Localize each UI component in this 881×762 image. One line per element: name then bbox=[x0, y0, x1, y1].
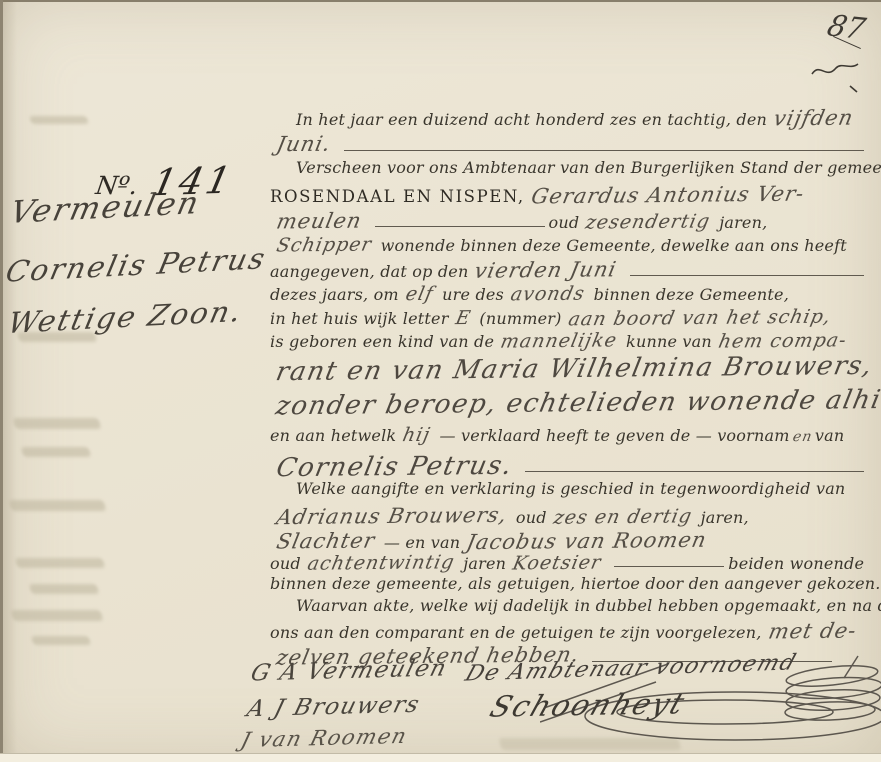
act-line: oudachtentwintigjarenKoetsierbeiden wone… bbox=[270, 552, 868, 574]
signature-witness1: A J Brouwers bbox=[244, 692, 423, 722]
act-line: ons aan den comparant en de getuigen te … bbox=[270, 619, 868, 644]
printed-text: ons aan den comparant en de getuigen te … bbox=[270, 623, 762, 642]
margin-status: Wettige Zoon. bbox=[5, 294, 246, 340]
blank-line-rule bbox=[344, 150, 864, 151]
printed-text: van bbox=[815, 426, 844, 445]
handwritten-entry: elf bbox=[404, 283, 436, 305]
printed-text: dezes jaars, om bbox=[270, 285, 399, 304]
act-line: dezes jaars, omelfure desavondsbinnen de… bbox=[270, 283, 868, 307]
handwritten-entry: avonds bbox=[509, 283, 587, 306]
act-line: meulenoudzesendertigjaren, bbox=[270, 209, 868, 234]
printed-text: binnen deze gemeente, als getuigen, hier… bbox=[270, 574, 881, 593]
printed-text: in het huis wijk letter bbox=[270, 309, 449, 328]
act-line: Cornelis Petrus. bbox=[270, 452, 868, 479]
act-line: binnen deze gemeente, als getuigen, hier… bbox=[270, 574, 868, 596]
handwritten-entry: E bbox=[453, 307, 472, 329]
printed-text: jaren bbox=[463, 554, 506, 573]
act-line: Juni. bbox=[270, 132, 868, 158]
printed-text: is geboren een kind van de bbox=[270, 332, 494, 351]
printed-text: en aan hetwelk bbox=[270, 426, 396, 445]
printed-text: In het jaar een duizend acht honderd zes… bbox=[296, 110, 767, 129]
handwritten-entry: Adrianus Brouwers, bbox=[274, 503, 509, 529]
handwritten-entry: Juni. bbox=[275, 132, 334, 157]
handwritten-entry: met de- bbox=[766, 619, 858, 644]
printed-text: aangegeven, dat op den bbox=[270, 262, 468, 281]
printed-text: kunne van bbox=[626, 332, 712, 351]
act-line: en aan hetwelkhij— verklaard heeft te ge… bbox=[270, 424, 868, 452]
act-line: Schipperwonende binnen deze Gemeente, de… bbox=[270, 234, 868, 258]
handwritten-entry: Koetsier bbox=[511, 552, 604, 575]
blank-line-rule bbox=[375, 226, 545, 227]
printed-text: — verklaard heeft te geven de — voornam bbox=[440, 426, 790, 445]
margin-surname: Vermeulen bbox=[7, 185, 204, 231]
act-line: is geboren een kind van demannelijkekunn… bbox=[270, 330, 868, 354]
handwritten-entry: vierden Juni bbox=[473, 257, 619, 282]
handwritten-entry: vijfden bbox=[772, 106, 856, 131]
printed-text: beiden wonende bbox=[728, 554, 864, 573]
bleedthrough-mark bbox=[15, 558, 105, 568]
bleedthrough-mark bbox=[11, 610, 104, 621]
printed-text: oud bbox=[549, 213, 580, 232]
page-edge-shade bbox=[3, 0, 17, 762]
act-line: Adrianus Brouwers,oudzes en dertigjaren, bbox=[270, 504, 868, 529]
printed-text: — en van bbox=[384, 533, 460, 552]
act-line: ROSENDAAL EN NISPEN,Gerardus Antonius Ve… bbox=[270, 183, 868, 209]
document-scan: 87 Nº. 141 Vermeulen Cornelis Petrus Wet… bbox=[0, 0, 881, 762]
printed-text: oud bbox=[516, 508, 547, 527]
printed-text: ROSENDAAL EN NISPEN, bbox=[270, 187, 525, 206]
act-line: in het huis wijk letterE(nummer)aan boor… bbox=[270, 307, 868, 330]
handwritten-entry: Jacobus van Roomen bbox=[465, 528, 710, 555]
printed-text: ure des bbox=[442, 285, 504, 304]
printed-text: Verscheen voor ons Ambtenaar van den Bur… bbox=[296, 158, 881, 177]
handwritten-entry: Gerardus Antonius Ver- bbox=[529, 182, 806, 209]
signature-declarant: G A Vermeulen bbox=[248, 655, 450, 686]
printed-text: binnen deze Gemeente, bbox=[594, 285, 789, 304]
act-line: Verscheen voor ons Ambtenaar van den Bur… bbox=[270, 158, 868, 183]
printed-text: jaren, bbox=[701, 508, 749, 527]
handwritten-entry: Cornelis Petrus. bbox=[274, 451, 516, 483]
handwritten-entry: zonder beroep, echtelieden wonende alhie… bbox=[273, 385, 881, 422]
margin-given-names: Cornelis Petrus bbox=[3, 241, 270, 288]
handwritten-entry: achtentwintig bbox=[305, 551, 456, 575]
blank-line-rule bbox=[630, 275, 864, 276]
bleedthrough-mark bbox=[29, 116, 89, 124]
handwritten-entry: Schipper bbox=[275, 234, 374, 257]
signature-flourish bbox=[540, 650, 881, 762]
handwritten-entry: zes en dertig bbox=[551, 505, 694, 528]
handwritten-entry: aan boord van het schip, bbox=[566, 306, 833, 331]
printed-text: jaren, bbox=[719, 213, 767, 232]
handwritten-entry: hem compa- bbox=[717, 329, 849, 352]
handwritten-entry: rant en van Maria Wilhelmina Brouwers, bbox=[273, 351, 875, 387]
handwritten-entry: meulen bbox=[274, 209, 364, 234]
bleedthrough-mark bbox=[31, 636, 91, 645]
blank-line-rule bbox=[525, 471, 864, 472]
handwritten-entry: mannelijke bbox=[499, 329, 620, 352]
act-line: Welke aangifte en verklaring is geschied… bbox=[270, 479, 868, 504]
act-line: Slachter— en vanJacobus van Roomen bbox=[270, 529, 868, 552]
printed-text: (nummer) bbox=[479, 309, 561, 328]
printed-text: wonende binnen deze Gemeente, dewelke aa… bbox=[381, 236, 847, 255]
page-edge-top bbox=[0, 0, 881, 2]
act-line: aangegeven, dat op denvierden Juni bbox=[270, 258, 868, 283]
printed-text: Waarvan akte, welke wij dadelijk in dubb… bbox=[296, 596, 881, 615]
blank-line-rule bbox=[614, 566, 724, 567]
bleedthrough-mark bbox=[9, 500, 107, 511]
act-body: In het jaar een duizend acht honderd zes… bbox=[270, 106, 868, 669]
handwritten-entry: zesendertig bbox=[584, 210, 713, 233]
bleedthrough-mark bbox=[13, 418, 102, 429]
act-line: Waarvan akte, welke wij dadelijk in dubb… bbox=[270, 596, 868, 619]
act-line: In het jaar een duizend acht honderd zes… bbox=[270, 106, 868, 132]
signature-witness2: J van Roomen bbox=[238, 724, 410, 752]
act-line: rant en van Maria Wilhelmina Brouwers, bbox=[270, 354, 868, 388]
act-line: zonder beroep, echtelieden wonende alhie… bbox=[270, 388, 868, 424]
handwritten-entry: hij bbox=[401, 424, 433, 446]
bleedthrough-mark bbox=[29, 584, 99, 594]
page-number: 87 bbox=[824, 8, 870, 46]
handwritten-entry: en bbox=[791, 429, 814, 445]
handwritten-entry: Slachter bbox=[274, 528, 377, 553]
bleedthrough-mark bbox=[21, 447, 91, 457]
printed-text: oud bbox=[270, 554, 301, 573]
pen-squiggle-marks bbox=[806, 52, 876, 100]
